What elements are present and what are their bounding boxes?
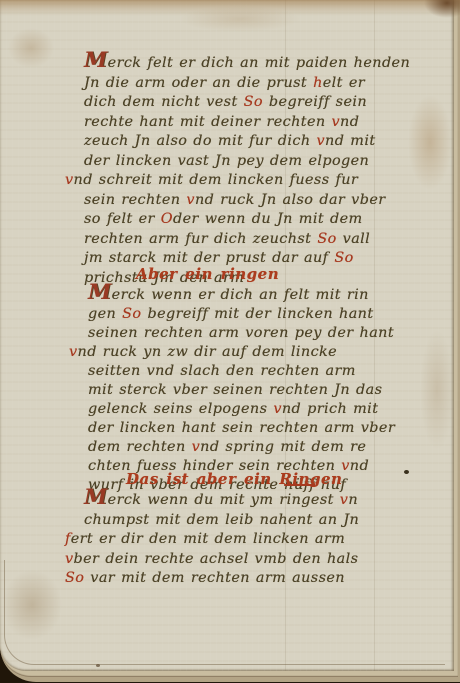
text-segment: nd ruck Jn also dar vber <box>195 192 386 208</box>
text-line: sein rechten vnd ruck Jn also dar vber <box>84 190 410 210</box>
text-segment: mit sterck vber seinen rechten Jn das <box>88 382 382 398</box>
text-line: der lincken vast Jn pey dem elpogen <box>84 151 410 171</box>
text-segment: dem rechten <box>88 439 192 455</box>
text-line: Jn die arm oder an die prust helt er <box>84 73 410 93</box>
rubric-heading-text: Das ist aber ein Ringen <box>126 470 342 488</box>
text-segment: sein rechten <box>84 192 186 208</box>
text-line: dem rechten vnd spring mit dem re <box>88 437 395 456</box>
text-segment: nd <box>350 458 369 474</box>
text-segment: nd prich mit <box>282 401 378 417</box>
decorated-initial: M <box>84 47 108 72</box>
text-segment: erck wenn er dich an felt mit rin <box>112 287 369 303</box>
text-segment: v <box>192 439 201 455</box>
text-segment: gen <box>88 306 122 322</box>
text-segment: begreiff mit der lincken hant <box>142 306 374 322</box>
text-line: mit sterck vber seinen rechten Jn das <box>88 380 395 399</box>
text-line: Merck felt er dich an mit paiden henden <box>84 51 410 73</box>
text-line: vber dein rechte achsel vmb den hals <box>65 549 359 569</box>
text-line: rechte hant mit deiner rechten vnd <box>84 112 410 132</box>
text-segment: So <box>65 570 84 586</box>
text-segment: v <box>69 344 78 360</box>
paragraph: Merck wenn er dich an felt mit ringen So… <box>88 283 395 495</box>
text-line: dich dem nicht vest So begreiff sein <box>84 92 410 112</box>
rubric-heading-text: Aber ein ringen <box>136 265 279 283</box>
text-segment: erck felt er dich an mit paiden henden <box>108 55 410 71</box>
text-segment: n <box>348 492 358 508</box>
text-segment: v <box>65 551 74 567</box>
text-segment: v <box>341 458 350 474</box>
rubric-heading: Aber ein ringen <box>136 264 279 283</box>
text-line: seitten vnd slach den rechten arm <box>88 361 395 380</box>
text-line: seinen rechten arm voren pey der hant <box>88 323 395 342</box>
text-segment: chumpst mit dem leib nahent an Jn <box>84 512 359 528</box>
text-segment: nd spring mit dem re <box>200 439 366 455</box>
text-segment: v <box>65 172 74 188</box>
text-segment: so felt er <box>84 211 161 227</box>
text-segment: vall <box>337 231 371 247</box>
text-segment: begreiff sein <box>263 94 367 110</box>
text-line: der lincken hant sein rechten arm vber <box>88 418 395 437</box>
text-segment: seinen rechten arm voren pey der hant <box>88 325 394 341</box>
text-segment: rechte hant mit deiner rechten <box>84 114 332 130</box>
text-line: vnd ruck yn zw dir auf dem lincke <box>69 342 395 361</box>
text-line: gen So begreiff mit der lincken hant <box>88 304 395 323</box>
text-segment: erck wenn du mit ym ringest <box>108 492 340 508</box>
text-line: chumpst mit dem leib nahent an Jn <box>84 510 359 530</box>
text-segment: zeuch Jn also do mit fur dich <box>84 133 317 149</box>
text-segment: So <box>244 94 263 110</box>
text-segment: rechten arm fur dich zeuchst <box>84 231 317 247</box>
decorated-initial: M <box>84 484 108 509</box>
text-segment: v <box>332 114 341 130</box>
text-segment: dich dem nicht vest <box>84 94 244 110</box>
text-line: vnd schreit mit dem lincken fuess fur <box>65 170 410 190</box>
text-segment: nd schreit mit dem lincken fuess fur <box>74 172 359 188</box>
text-segment: nd ruck yn zw dir auf dem lincke <box>78 344 338 360</box>
text-line: Merck wenn du mit ym ringest vn <box>84 488 359 510</box>
text-segment: elt er <box>323 75 365 91</box>
text-line: gelenck seins elpogens vnd prich mit <box>88 399 395 418</box>
text-line: rechten arm fur dich zeuchst So vall <box>84 229 410 249</box>
text-line: fert er dir den mit dem lincken arm <box>65 529 359 549</box>
text-line: Merck wenn er dich an felt mit rin <box>88 283 395 304</box>
text-segment: der lincken vast Jn pey dem elpogen <box>84 153 369 169</box>
manuscript-photo: Merck felt er dich an mit paiden hendenJ… <box>0 0 460 683</box>
text-line: so felt er Oder wenn du Jn mit dem <box>84 209 410 229</box>
text-segment: So <box>334 250 353 266</box>
text-segment: der lincken hant sein rechten arm vber <box>88 420 395 436</box>
text-segment: var mit dem rechten arm aussen <box>84 570 345 586</box>
text-segment: O <box>161 211 173 227</box>
decorated-initial: M <box>88 279 112 304</box>
text-segment: nd <box>340 114 359 130</box>
text-segment: So <box>317 231 336 247</box>
text-segment: seitten vnd slach den rechten arm <box>88 363 356 379</box>
text-segment: Jn die arm oder an die prust <box>84 75 313 91</box>
text-segment: v <box>186 192 195 208</box>
text-segment: ber dein rechte achsel vmb den hals <box>74 551 359 567</box>
rubric-heading: Das ist aber ein Ringen <box>126 469 342 488</box>
text-block: Merck felt er dich an mit paiden hendenJ… <box>0 0 454 671</box>
text-segment: der wenn du Jn mit dem <box>173 211 363 227</box>
paragraph: Merck felt er dich an mit paiden hendenJ… <box>84 51 410 288</box>
text-segment: v <box>317 133 326 149</box>
text-line: So var mit dem rechten arm aussen <box>65 568 359 588</box>
text-segment: h <box>313 75 323 91</box>
paragraph: Merck wenn du mit ym ringest vnchumpst m… <box>84 488 359 588</box>
text-segment: So <box>122 306 141 322</box>
text-segment: ert er dir den mit dem lincken arm <box>71 531 345 547</box>
text-segment: v <box>273 401 282 417</box>
manuscript-page: Merck felt er dich an mit paiden hendenJ… <box>0 0 454 671</box>
text-segment: gelenck seins elpogens <box>88 401 273 417</box>
text-segment: nd mit <box>325 133 376 149</box>
text-line: zeuch Jn also do mit fur dich vnd mit <box>84 131 410 151</box>
